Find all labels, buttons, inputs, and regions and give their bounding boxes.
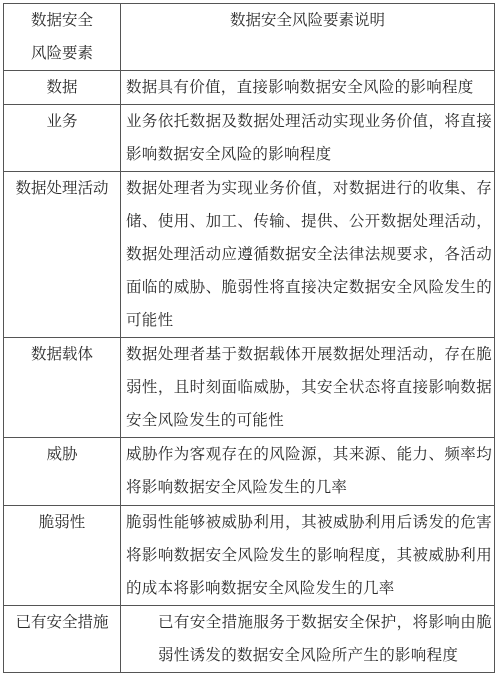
table-row: 威胁 威胁作为客观存在的风险源，其来源、能力、频率均将影响数据安全风险发生的几率 xyxy=(4,438,495,506)
description-cell: 威胁作为客观存在的风险源，其来源、能力、频率均将影响数据安全风险发生的几率 xyxy=(121,438,495,506)
header-factor-line-2: 风险要素 xyxy=(4,37,120,70)
factor-cell: 业务 xyxy=(4,105,121,172)
description-cell: 数据处理者为实现业务价值，对数据进行的收集、存储、使用、加工、传输、提供、公开数… xyxy=(121,172,495,338)
table-row: 数据处理活动 数据处理者为实现业务价值，对数据进行的收集、存储、使用、加工、传输… xyxy=(4,172,495,338)
header-factor-line-1: 数据安全 xyxy=(4,4,120,37)
description-cell: 已有安全措施服务于数据安全保护，将影响由脆弱性诱发的数据安全风险所产生的影响程度 xyxy=(121,606,495,668)
table-row: 业务 业务依托数据及数据处理活动实现业务价值，将直接影响数据安全风险的影响程度 xyxy=(4,105,495,172)
description-cell: 数据处理者基于数据载体开展数据处理活动，存在脆弱性，且时刻面临威胁，其安全状态将… xyxy=(121,338,495,438)
factor-cell: 数据载体 xyxy=(4,338,121,438)
risk-factors-table: 数据安全 风险要素 数据安全风险要素说明 数据 数据具有价值，直接影响数据安全风… xyxy=(3,3,495,667)
header-factor-cell: 数据安全 风险要素 xyxy=(4,4,121,71)
description-cell: 脆弱性能够被威胁利用，其被威胁利用后诱发的危害将影响数据安全风险发生的影响程度，… xyxy=(121,506,495,606)
table-row: 已有安全措施 已有安全措施服务于数据安全保护，将影响由脆弱性诱发的数据安全风险所… xyxy=(4,606,495,668)
factor-cell: 已有安全措施 xyxy=(4,606,121,668)
header-description-cell: 数据安全风险要素说明 xyxy=(121,4,495,71)
description-cell: 数据具有价值，直接影响数据安全风险的影响程度 xyxy=(121,71,495,105)
description-cell: 业务依托数据及数据处理活动实现业务价值，将直接影响数据安全风险的影响程度 xyxy=(121,105,495,172)
table-row: 数据载体 数据处理者基于数据载体开展数据处理活动，存在脆弱性，且时刻面临威胁，其… xyxy=(4,338,495,438)
header-description-label: 数据安全风险要素说明 xyxy=(121,4,494,37)
table-row: 数据 数据具有价值，直接影响数据安全风险的影响程度 xyxy=(4,71,495,105)
factor-cell: 数据处理活动 xyxy=(4,172,121,338)
table-row: 脆弱性 脆弱性能够被威胁利用，其被威胁利用后诱发的危害将影响数据安全风险发生的影… xyxy=(4,506,495,606)
factor-cell: 数据 xyxy=(4,71,121,105)
factor-cell: 威胁 xyxy=(4,438,121,506)
factor-cell: 脆弱性 xyxy=(4,506,121,606)
table-header-row: 数据安全 风险要素 数据安全风险要素说明 xyxy=(4,4,495,71)
